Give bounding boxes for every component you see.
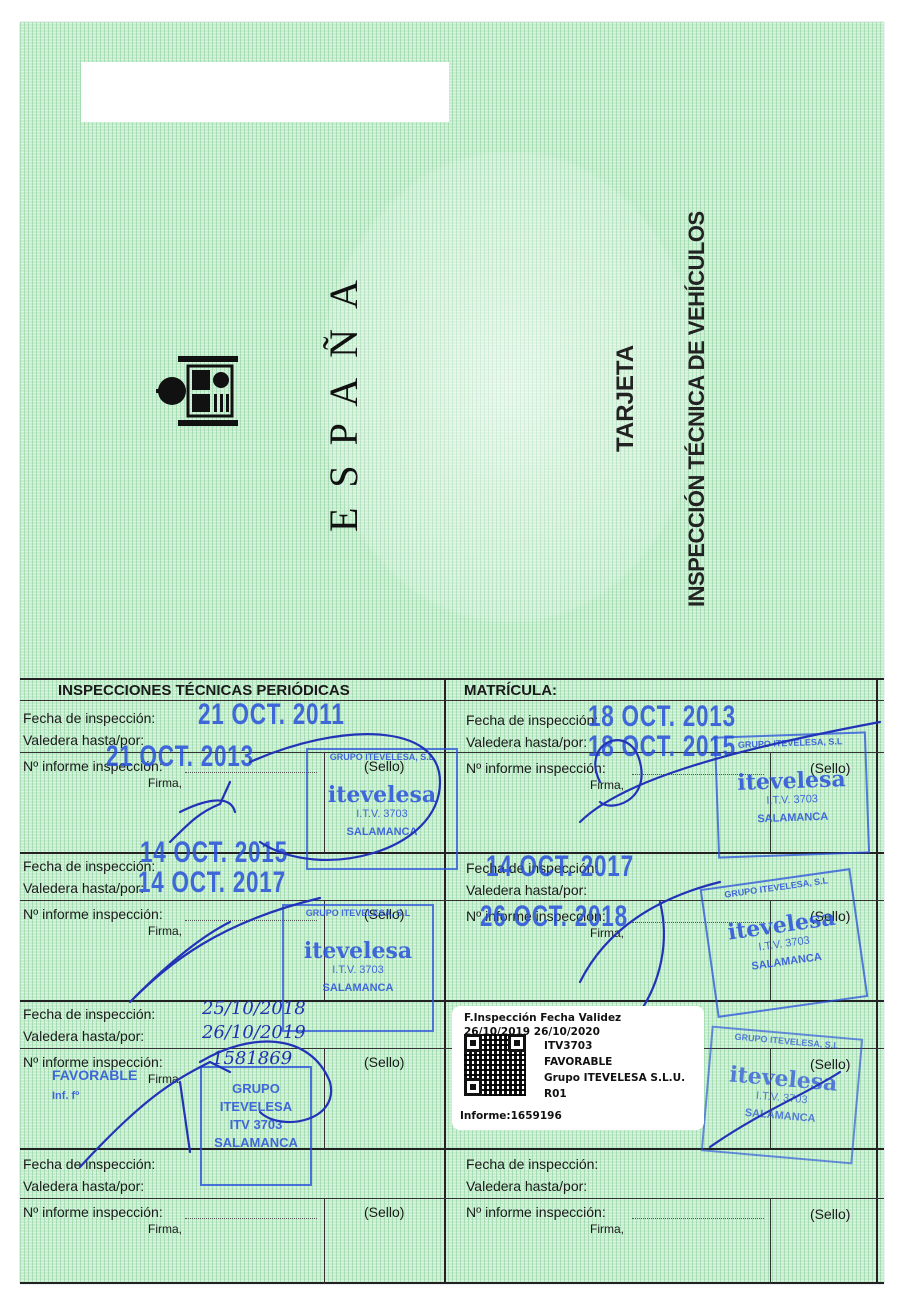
inspection-date: 14 OCT. 2017 <box>486 850 634 884</box>
itv-square-stamp: GRUPO ITEVELESA ITV 3703 SALAMANCA <box>200 1066 312 1186</box>
inspection-date: 14 OCT. 2015 <box>140 836 288 870</box>
qr-code-icon <box>464 1034 526 1096</box>
note-stamp: Inf. fº <box>52 1090 79 1102</box>
left-header: INSPECCIONES TÉCNICAS PERIÓDICAS <box>58 682 350 699</box>
itv-stamp: GRUPO ITEVELESA, S.L itevelesa I.T.V. 37… <box>714 731 870 858</box>
card-word: TARJETA <box>612 345 640 452</box>
card-title: INSPECCIÓN TÉCNICA DE VEHÍCULOS <box>684 211 710 607</box>
valid-until-date: 14 OCT. 2017 <box>138 866 286 900</box>
inspection-date: 21 OCT. 2011 <box>198 698 345 732</box>
favorable-stamp: FAVORABLE <box>52 1067 137 1083</box>
country-title: ESPAÑA <box>320 260 367 532</box>
itv-card: ESPAÑA TARJETA INSPECCIÓN TÉCNICA DE VEH… <box>20 22 884 1284</box>
inspection-table: INSPECCIONES TÉCNICAS PERIÓDICAS MATRÍCU… <box>20 678 884 1284</box>
report-number-handwritten: 1581869 <box>212 1048 292 1069</box>
inspection-date: 18 OCT. 2013 <box>588 700 736 734</box>
valid-until-date: 18 OCT. 2015 <box>588 730 736 764</box>
watermark-emblem <box>320 152 700 622</box>
valid-until-handwritten: 26/10/2019 <box>202 1022 306 1043</box>
itv-stamp: GRUPO ITEVELESA, S.L itevelesa I.T.V. 37… <box>700 868 869 1018</box>
right-header: MATRÍCULA: <box>464 682 557 699</box>
valid-until-date: 26 OCT. 2018 <box>480 900 628 934</box>
spain-coat-of-arms-icon <box>148 352 248 430</box>
redacted-area <box>81 62 449 122</box>
valid-until-date: 21 OCT. 2013 <box>106 740 254 774</box>
card-cover: ESPAÑA TARJETA INSPECCIÓN TÉCNICA DE VEH… <box>20 22 884 678</box>
inspection-date-handwritten: 25/10/2018 <box>202 998 306 1019</box>
itv-stamp: GRUPO ITEVELESA, S.L itevelesa I.T.V. 37… <box>701 1026 863 1165</box>
itv-sticker: F.Inspección Fecha Validez 26/10/2019 26… <box>452 1006 704 1130</box>
itv-stamp: GRUPO ITEVELESA, S.L itevelesa I.T.V. 37… <box>306 748 458 870</box>
